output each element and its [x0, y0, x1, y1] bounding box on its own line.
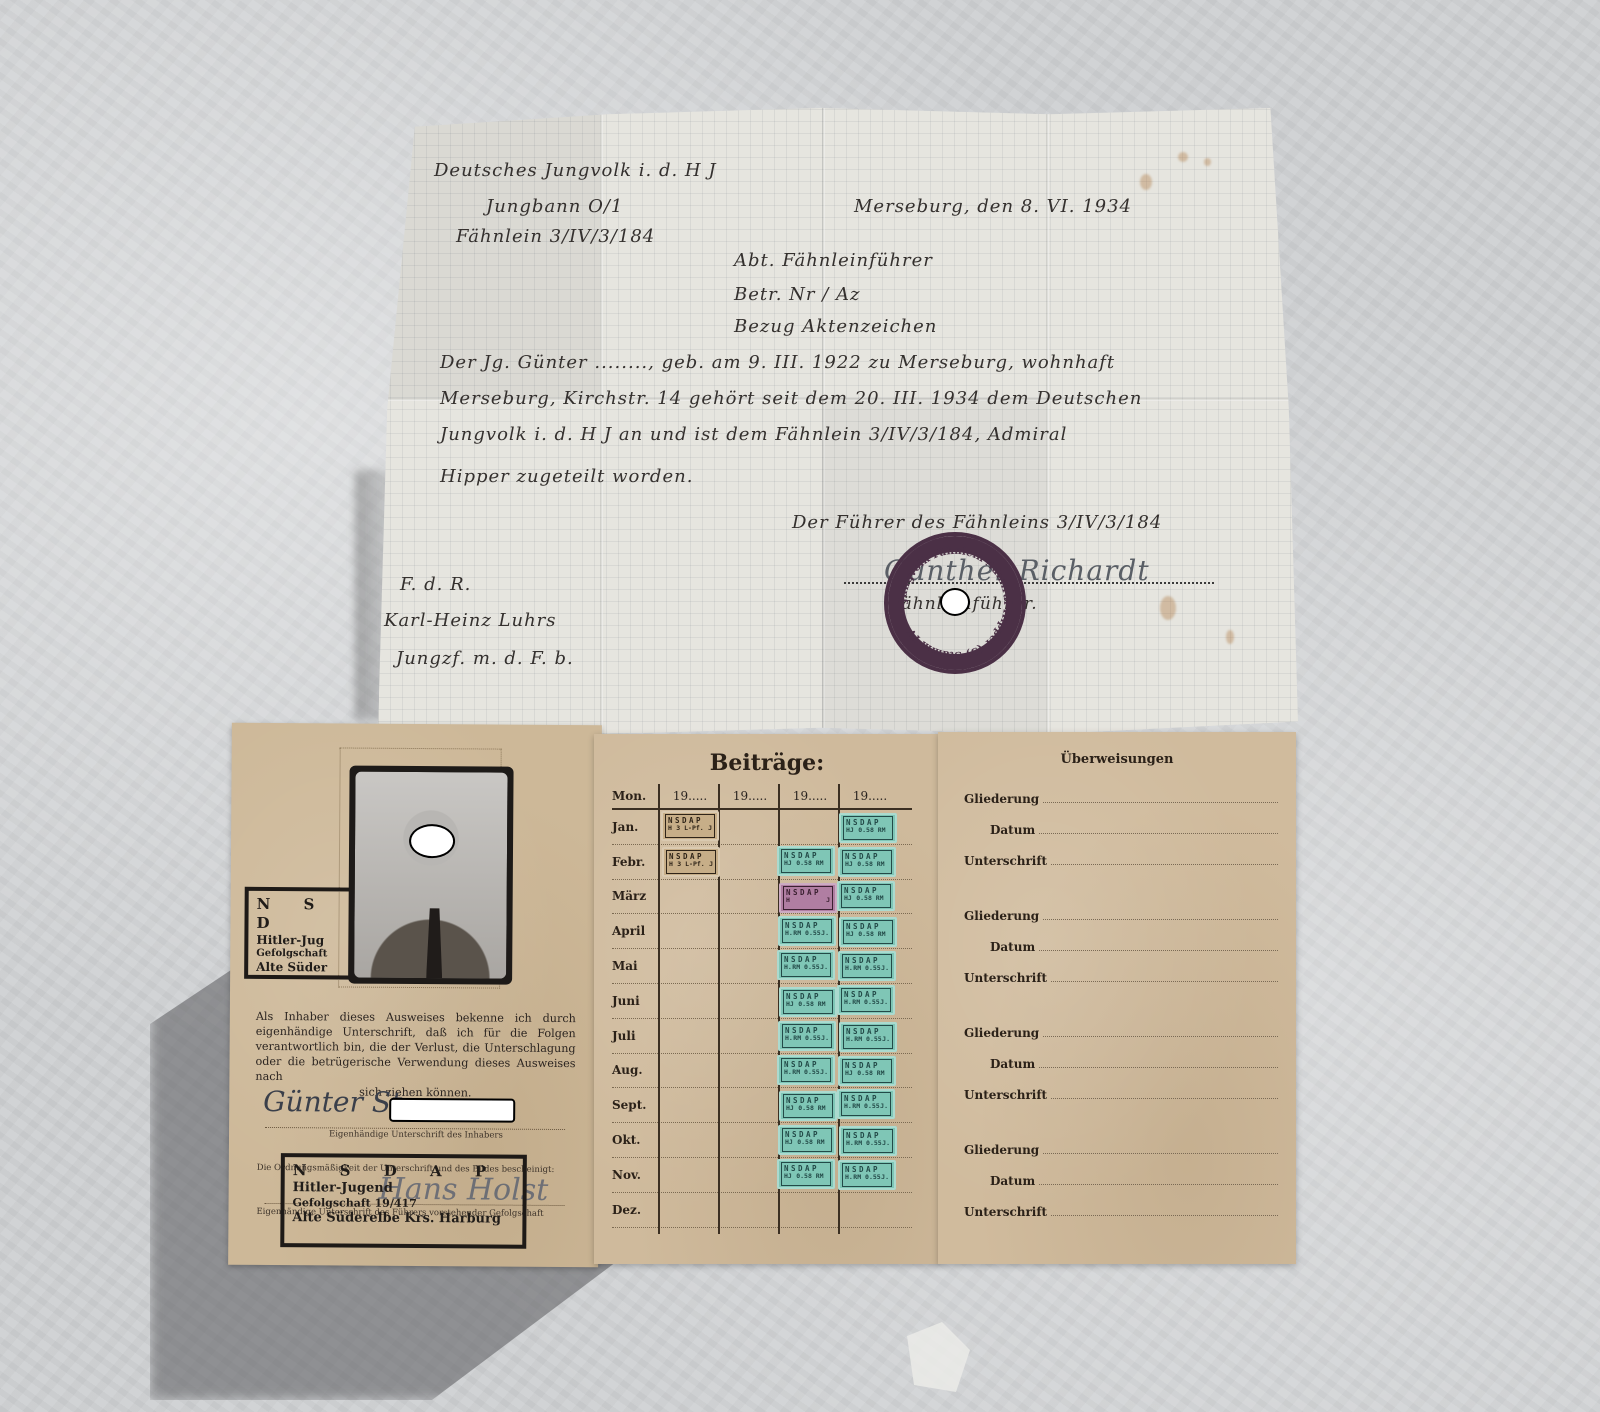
- letter-subject-line: Betr. Nr / Az: [734, 284, 861, 305]
- portrait-photo: [348, 766, 514, 985]
- transfer-field: Unterschrift: [964, 854, 1278, 868]
- month-label: März: [612, 889, 660, 903]
- month-label: Febr.: [612, 855, 660, 869]
- paper-scrap: [900, 1322, 970, 1392]
- name-redaction: [389, 1098, 515, 1123]
- dues-stamp: NSDAPHJ0.58 RM: [779, 987, 837, 1017]
- letter-body-line: Jungvolk i. d. H J an und ist dem Fähnle…: [440, 424, 1067, 445]
- fdr-line: Jungzf. m. d. F. b.: [396, 648, 574, 669]
- transfer-field: Gliederung: [964, 909, 1278, 923]
- official-seal: Jungvolk Fähnlein Admiral Hipper (3) Sta…: [884, 532, 1026, 674]
- dues-stamp: NSDAPHJ: [779, 883, 837, 913]
- gefolgschaft-stamp-bottom: N S D A P Hitler-Jugend Gefolgschaft 19/…: [280, 1153, 527, 1249]
- dues-stamp: NSDAPH.RM 0.55J.: [837, 985, 895, 1015]
- dues-stamp: NSDAPH.RM 0.55J.: [778, 1021, 836, 1051]
- transfer-field: Datum: [990, 823, 1278, 837]
- dues-stamp: NSDAPH.RM 0.55J.: [838, 951, 896, 981]
- handwritten-letter: Deutsches Jungvolk i. d. H J Jungbann O/…: [378, 108, 1298, 734]
- transfer-field: Unterschrift: [964, 1088, 1278, 1102]
- letter-header-line: Jungbann O/1: [486, 196, 623, 217]
- year-header: 19.....: [720, 789, 780, 803]
- transfer-field: Gliederung: [964, 792, 1278, 806]
- dues-stamp: NSDAPHJ0.58 RM: [778, 1125, 836, 1155]
- year-header: 19.....: [660, 789, 720, 803]
- letter-header-line: Fähnlein 3/IV/3/184: [456, 226, 655, 247]
- month-label: Aug.: [612, 1063, 660, 1077]
- transfer-field: Datum: [990, 1174, 1278, 1188]
- dues-stamp: NSDAPHJ0.58 RM: [839, 813, 897, 843]
- redaction-mark: [940, 588, 970, 616]
- dues-stamp: NSDAPH.RM 0.55J.: [777, 1055, 835, 1085]
- dues-stamp: NSDAPHJ0.58 RM: [837, 881, 895, 911]
- dues-stamp: NSDAPH3 L-Pf.J: [662, 847, 720, 877]
- dues-stamp: NSDAPHJ0.58 RM: [779, 1091, 837, 1121]
- dues-stamp: NSDAPH.RM 0.55J.: [777, 950, 835, 980]
- letter-place-date: Merseburg, den 8. VI. 1934: [854, 196, 1132, 217]
- transfer-field: Datum: [990, 940, 1278, 954]
- transfer-field: Gliederung: [964, 1026, 1278, 1040]
- gefolgschaft-stamp-top: N S D Hitler-Jug Gefolgschaft Alte Süder: [244, 887, 355, 980]
- holder-signature: Günter St: [263, 1085, 402, 1119]
- year-header: 19.....: [840, 789, 900, 803]
- dues-stamp: NSDAPH3 L-Pf.J: [661, 811, 719, 841]
- transfer-field: Datum: [990, 1057, 1278, 1071]
- booklet-transfers-page: Überweisungen GliederungDatumUnterschrif…: [938, 732, 1296, 1264]
- tie: [426, 908, 442, 978]
- dues-stamp: NSDAPH.RM 0.55J.: [839, 1126, 897, 1156]
- transfer-field: Gliederung: [964, 1143, 1278, 1157]
- month-label: Sept.: [612, 1098, 660, 1112]
- letter-subject-line: Abt. Fähnleinführer: [734, 250, 933, 271]
- face-redaction: [409, 824, 455, 858]
- booklet-id-page: N S D Hitler-Jug Gefolgschaft Alte Süder…: [228, 723, 602, 1268]
- dues-stamp: NSDAPHJ0.58 RM: [839, 917, 897, 947]
- table-row: Dez.: [612, 1193, 912, 1228]
- dues-stamp: NSDAPH.RM 0.55J.: [838, 1160, 896, 1190]
- dues-stamp: NSDAPH.RM 0.55J.: [837, 1089, 895, 1119]
- transfer-field: Unterschrift: [964, 971, 1278, 985]
- fdr-line: Karl-Heinz Luhrs: [384, 610, 557, 631]
- dues-stamp: NSDAPHJ0.58 RM: [838, 1056, 896, 1086]
- letter-body-line: Merseburg, Kirchstr. 14 gehört seit dem …: [440, 388, 1142, 409]
- year-header: 19.....: [780, 789, 840, 803]
- month-label: Okt.: [612, 1133, 660, 1147]
- month-label: Jan.: [612, 820, 660, 834]
- transfer-field: Unterschrift: [964, 1205, 1278, 1219]
- dues-stamp: NSDAPHJ0.58 RM: [777, 846, 835, 876]
- fdr-line: F. d. R.: [400, 574, 471, 595]
- dues-stamp: NSDAPH.RM 0.55J.: [839, 1022, 897, 1052]
- dues-stamp: NSDAPHJ0.58 RM: [838, 847, 896, 877]
- booklet-contributions-page: Beiträge: Mon. 19..... 19..... 19..... 1…: [594, 734, 940, 1264]
- letter-body-line: Hipper zugeteilt worden.: [440, 466, 693, 487]
- month-label: Mai: [612, 959, 660, 973]
- month-label: Juli: [612, 1029, 660, 1043]
- month-label: Juni: [612, 994, 660, 1008]
- month-label: Dez.: [612, 1203, 660, 1217]
- holder-signature-caption: Eigenhändige Unterschrift des Inhabers: [329, 1129, 503, 1140]
- letter-body-line: Der Jg. Günter ........, geb. am 9. III.…: [440, 352, 1115, 373]
- letter-header-line: Deutsches Jungvolk i. d. H J: [434, 160, 717, 181]
- letter-closing: Der Führer des Fähnleins 3/IV/3/184: [792, 512, 1162, 533]
- month-label: April: [612, 924, 660, 938]
- dues-stamp: NSDAPH.RM 0.55J.: [778, 916, 836, 946]
- month-header: Mon.: [612, 789, 660, 803]
- month-label: Nov.: [612, 1168, 660, 1182]
- table-header: Mon. 19..... 19..... 19..... 19.....: [612, 784, 912, 810]
- contributions-title: Beiträge:: [594, 750, 940, 776]
- transfers-title: Überweisungen: [938, 752, 1296, 767]
- dues-stamp: NSDAPHJ0.58 RM: [777, 1159, 835, 1189]
- letter-subject-line: Bezug Aktenzeichen: [734, 316, 937, 337]
